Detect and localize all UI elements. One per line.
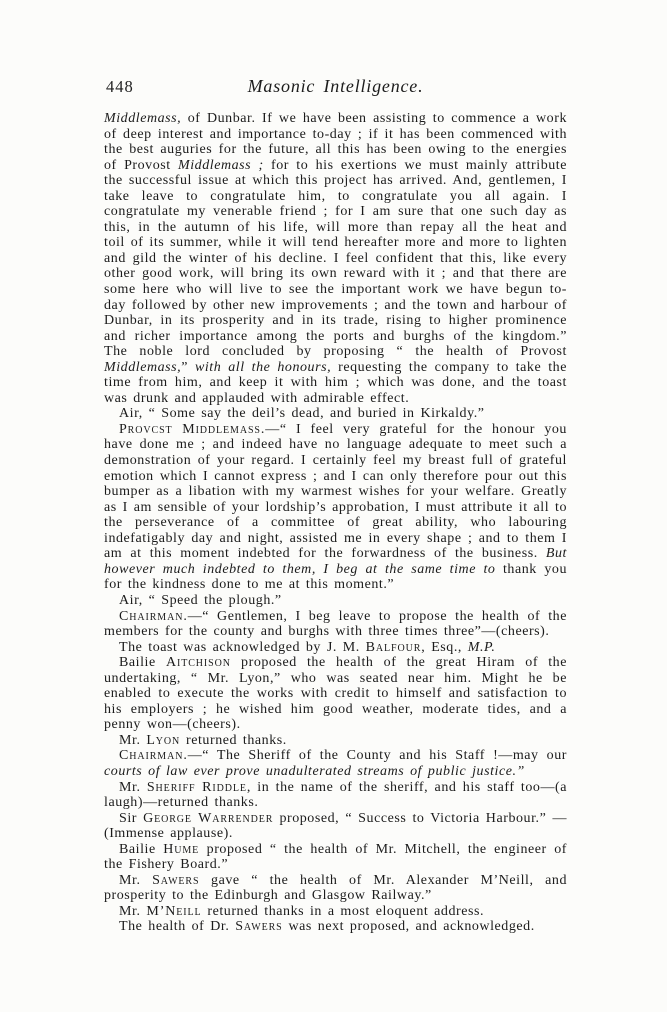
paragraph: Bailie Aitchison proposed the health of …: [104, 655, 567, 733]
page-number: 448: [106, 77, 134, 97]
paragraph: Chairman.—“ The Sheriff of the County an…: [104, 748, 567, 779]
emphasis-text: Middlemass,: [104, 111, 181, 126]
paragraph: Mr. Lyon returned thanks.: [104, 733, 567, 749]
emphasis-text: M.P.: [468, 640, 496, 655]
text-segment: Mr.: [119, 733, 146, 748]
text-segment: —“ The Sheriff of the County and his Sta…: [188, 748, 567, 763]
text-segment: Mr.: [119, 873, 152, 888]
text-segment: Air, “ Some say the deil’s dead, and bur…: [119, 406, 485, 421]
speaker-name: Balfour: [366, 640, 422, 655]
text-segment: Sir: [119, 811, 143, 826]
paragraph: Air, “ Some say the deil’s dead, and bur…: [104, 406, 567, 422]
paragraph: Mr. M’Neill returned thanks in a most el…: [104, 904, 567, 920]
speaker-name: Sawers: [152, 873, 199, 888]
paragraph: Bailie Hume proposed “ the health of Mr.…: [104, 842, 567, 873]
speaker-name: Chairman.: [119, 748, 188, 763]
text-segment: Bailie: [119, 655, 166, 670]
speaker-name: Sawers: [235, 919, 282, 934]
page-body: Middlemass, of Dunbar. If we have been a…: [104, 111, 567, 935]
emphasis-text: Middlemass,: [104, 360, 181, 375]
paragraph: Mr. Sheriff Riddle, in the name of the s…: [104, 780, 567, 811]
paragraph: The health of Dr. Sawers was next propos…: [104, 919, 567, 935]
paragraph: Air, “ Speed the plough.”: [104, 593, 567, 609]
text-segment: Mr.: [119, 904, 146, 919]
speaker-name: M’Neill: [146, 904, 201, 919]
text-segment: The toast was acknowledged by J. M.: [119, 640, 366, 655]
scanned-book-page: 448 Masonic Intelligence. Middlemass, of…: [0, 0, 667, 1012]
text-segment: , Esq.,: [421, 640, 468, 655]
emphasis-text: Middlemass ;: [178, 158, 264, 173]
emphasis-text: with all the honours,: [195, 360, 331, 375]
speaker-name: Provcst Middlemass.: [119, 422, 265, 437]
text-segment: The health of Dr.: [119, 919, 235, 934]
speaker-name: Chairman.: [119, 609, 188, 624]
text-segment: Air, “ Speed the plough.”: [119, 593, 282, 608]
speaker-name: Sheriff Riddle: [147, 780, 247, 795]
paragraph: Chairman.—“ Gentlemen, I beg leave to pr…: [104, 609, 567, 640]
speaker-name: Aitchison: [166, 655, 231, 670]
text-segment: for to his exertions we must mainly attr…: [104, 158, 567, 360]
speaker-name: George Warrender: [143, 811, 273, 826]
text-segment: ”: [181, 360, 195, 375]
speaker-name: Lyon: [146, 733, 180, 748]
text-segment: returned thanks.: [180, 733, 287, 748]
speaker-name: Hume: [163, 842, 199, 857]
paragraph: Provcst Middlemass.—“ I feel very gratef…: [104, 422, 567, 593]
running-title: Masonic Intelligence.: [104, 76, 567, 97]
paragraph: The toast was acknowledged by J. M. Balf…: [104, 640, 567, 656]
emphasis-text: courts of law ever prove unadulterated s…: [104, 764, 525, 779]
paragraph: Middlemass, of Dunbar. If we have been a…: [104, 111, 567, 406]
text-segment: —“ I feel very grateful for the honour y…: [104, 422, 567, 561]
paragraph: Mr. Sawers gave “ the health of Mr. Alex…: [104, 873, 567, 904]
page-header: 448 Masonic Intelligence.: [104, 76, 567, 100]
text-segment: returned thanks in a most eloquent addre…: [202, 904, 485, 919]
text-segment: Bailie: [119, 842, 163, 857]
text-segment: was next proposed, and acknowledged.: [283, 919, 535, 934]
paragraph: Sir George Warrender proposed, “ Success…: [104, 811, 567, 842]
text-segment: Mr.: [119, 780, 147, 795]
